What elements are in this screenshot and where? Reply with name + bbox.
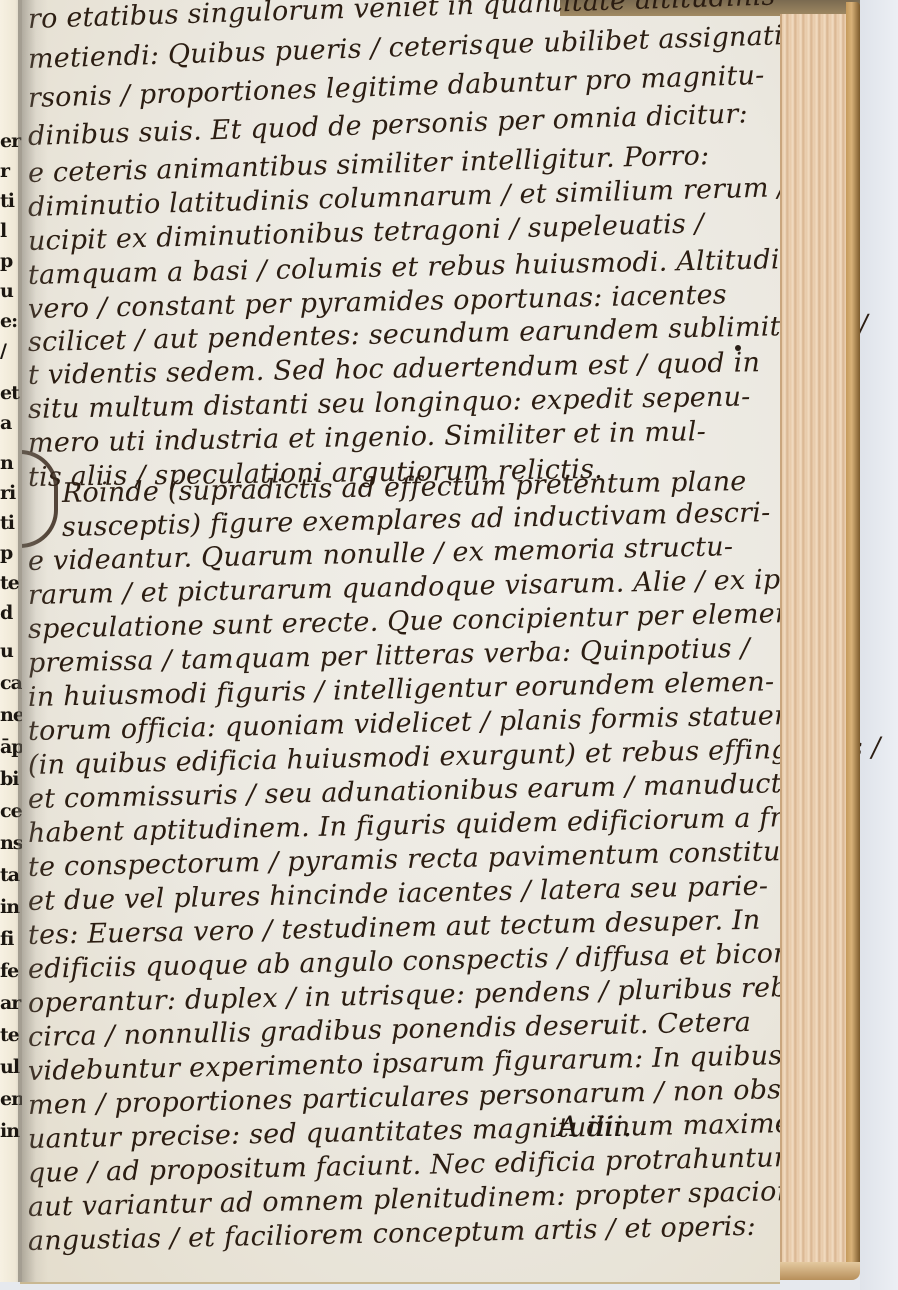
facing-text-fragment: ul <box>0 1056 19 1078</box>
facing-text-fragment: ri <box>0 482 15 504</box>
facing-text-fragment: / <box>0 340 6 362</box>
facing-text-fragment: ti <box>0 190 14 212</box>
facing-text-fragment: d <box>0 602 12 624</box>
facing-text-fragment: in <box>0 896 19 918</box>
text-block-fore-edge <box>780 14 852 1276</box>
facing-text-fragment: u <box>0 640 13 662</box>
book-photograph: ro etatibus singulorum veniet in quantit… <box>0 0 898 1290</box>
text-block: ro etatibus singulorum veniet in quantit… <box>0 0 780 1282</box>
bottom-board-corner <box>780 1262 860 1280</box>
facing-text-fragment: r <box>0 160 9 182</box>
ink-blot <box>735 345 741 351</box>
facing-text-fragment: a <box>0 412 11 434</box>
gutter-shadow <box>18 0 48 1282</box>
facing-text-fragment: ti <box>0 512 14 534</box>
folio-signature: A iiii. <box>558 1110 632 1143</box>
facing-text-fragment: ta <box>0 864 19 886</box>
facing-text-fragment: e: <box>0 310 17 332</box>
facing-text-fragment: in <box>0 1120 19 1142</box>
book-cover-edge <box>846 2 860 1277</box>
facing-text-fragment: p <box>0 250 12 272</box>
facing-text-fragment: bi <box>0 768 19 790</box>
facing-text-fragment: te <box>0 572 19 594</box>
facing-text-fragment: u <box>0 280 13 302</box>
facing-text-fragment: te <box>0 1024 19 1046</box>
background <box>860 0 898 1290</box>
facing-text-fragment: fi <box>0 928 13 950</box>
facing-text-fragment: n <box>0 452 13 474</box>
facing-text-fragment: l <box>0 220 6 242</box>
facing-text-fragment: fe <box>0 960 18 982</box>
facing-text-fragment: p <box>0 542 12 564</box>
facing-text-fragment: et <box>0 382 19 404</box>
